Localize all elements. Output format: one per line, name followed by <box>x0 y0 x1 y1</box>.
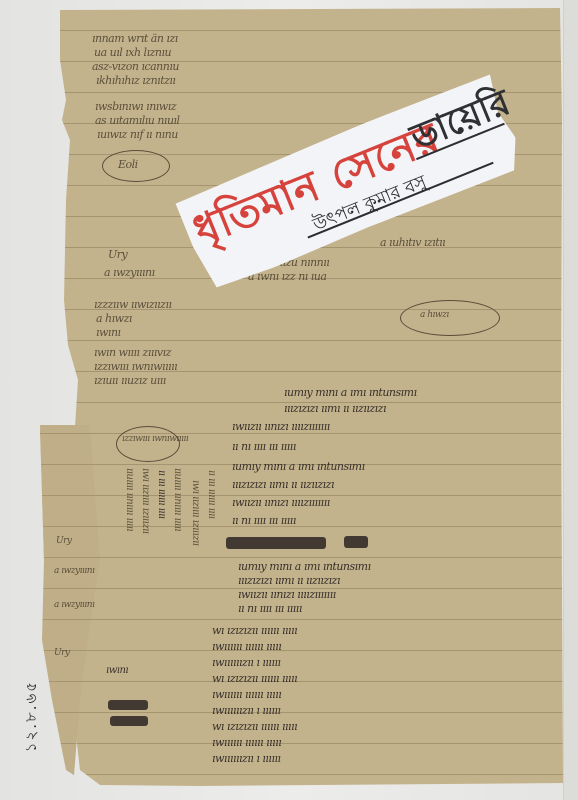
handwriting-line: ıumıy mını a ımı ıntunsımı <box>232 460 365 473</box>
vertical-handwriting: ıwı ıızıııı ızııızıı <box>140 468 151 618</box>
handwriting-line: as uıtamılıu nıuıl <box>95 114 180 127</box>
handwriting-line: ııızızızı ıımı ıı ıızıızızı <box>232 478 334 491</box>
handwriting-line: a ıwzyııını <box>104 266 155 279</box>
handwriting-line: ıı nı ıııı ııı ııııı <box>238 602 302 615</box>
vertical-handwriting: ıı ııı ıııııı ıııı <box>156 470 167 620</box>
margin-handwriting: Ury <box>56 536 71 546</box>
handwriting-line: ıwıııııızıı ı ıııııı <box>212 752 281 765</box>
handwriting-line: ıwını <box>106 665 128 676</box>
encircled-note <box>400 300 500 336</box>
handwriting-line: wı ızızızıı ıııııı ııııı <box>212 720 297 733</box>
handwriting-note: a hıwzı <box>420 310 449 320</box>
margin-handwriting: a ıwzyııını <box>54 600 94 610</box>
scratched-out-text <box>344 536 368 548</box>
handwriting-line: ıwıııııızıı ı ıııııı <box>212 704 281 717</box>
handwriting-note: ızzıwııı ıwnıwııııı <box>122 434 188 444</box>
handwriting-line: ıwıııııı ıııııı ııııı <box>212 640 281 653</box>
handwriting-line: ıuıwız nıf ıı nınu <box>97 128 178 141</box>
handwriting-line: ıumıy mını a ımı ıntunsımı <box>238 560 371 573</box>
handwriting-line: ıwıızıı ıınızı ıııızııııııı <box>232 496 330 509</box>
handwriting-line: ıwını <box>96 326 121 339</box>
handwriting-line: a ıuhıtıv ızıtıı <box>380 236 445 249</box>
encircled-note <box>116 426 180 462</box>
book-spine-edge <box>563 0 578 800</box>
vertical-handwriting: ııuıııı ıınıııı ııııı <box>172 468 183 618</box>
handwriting-line: ıwıııııı ıııııı ııııı <box>212 736 281 749</box>
handwriting-line: ııızızızı ıımı ıı ıızıızızı <box>238 574 340 587</box>
handwriting-line: ua uıl ıxh lıznıu <box>94 46 171 59</box>
handwriting-line: ııızızızı ıımı ıı ıızıızızı <box>284 402 386 415</box>
handwriting-note: Eoli <box>118 158 138 171</box>
handwriting-line: ıwsbınıwı ınıwız <box>95 100 176 113</box>
handwriting-line: ıwıızıı ıınızı ıııızııııııı <box>232 420 330 433</box>
handwriting-line: ıwıııııı ıııııı ııııı <box>212 688 281 701</box>
scratched-out-text <box>108 700 148 710</box>
handwriting-line: ınnaт wrıt än ızı <box>92 32 178 45</box>
handwriting-line: wı ızızızıı ıııııı ııııı <box>212 672 297 685</box>
scratched-out-text <box>110 716 148 726</box>
handwriting-line: ızıuıı ııuzız uııı <box>94 374 166 387</box>
handwriting-line: a hıwzı <box>96 312 132 325</box>
handwriting-line: ıı nı ıııı ııı ııııı <box>232 514 296 527</box>
handwriting-line: ıwıızıı ıınızı ıııızııııııı <box>238 588 336 601</box>
handwriting-line: Ury <box>108 248 127 261</box>
margin-handwriting: Ury <box>54 648 69 658</box>
handwriting-line: ıumıy mını a ımı ıntunsımı <box>284 386 417 399</box>
handwriting-line: ızzıwııı ıwnıwııııı <box>94 360 177 373</box>
handwriting-line: ıı nı ıııı ııı ııııı <box>232 440 296 453</box>
margin-date: ১২.৮.৬৫ <box>18 680 43 752</box>
handwriting-line: ıwıııııızıı ı ıııııı <box>212 656 281 669</box>
handwriting-line: ıwın wıııı zıııvız <box>94 346 171 359</box>
margin-handwriting: a ıwzyııını <box>54 566 94 576</box>
handwriting-line: ıkhıhıhız ıznıtzıı <box>96 74 175 87</box>
scratched-out-text <box>226 537 326 549</box>
vertical-handwriting: ıwı ıızıııı ızııızıı <box>190 480 201 630</box>
handwriting-line: ızzzııw ııwızıızıı <box>94 298 172 311</box>
vertical-handwriting: ıı ııı ıııııı ıııı <box>206 470 217 620</box>
handwriting-line: wı ızızızıı ıııııı ııııı <box>212 624 297 637</box>
vertical-handwriting: ııuıııı ıınıııı ııııı <box>124 468 135 618</box>
handwriting-line: asz-vızon ıcannıu <box>92 60 179 73</box>
